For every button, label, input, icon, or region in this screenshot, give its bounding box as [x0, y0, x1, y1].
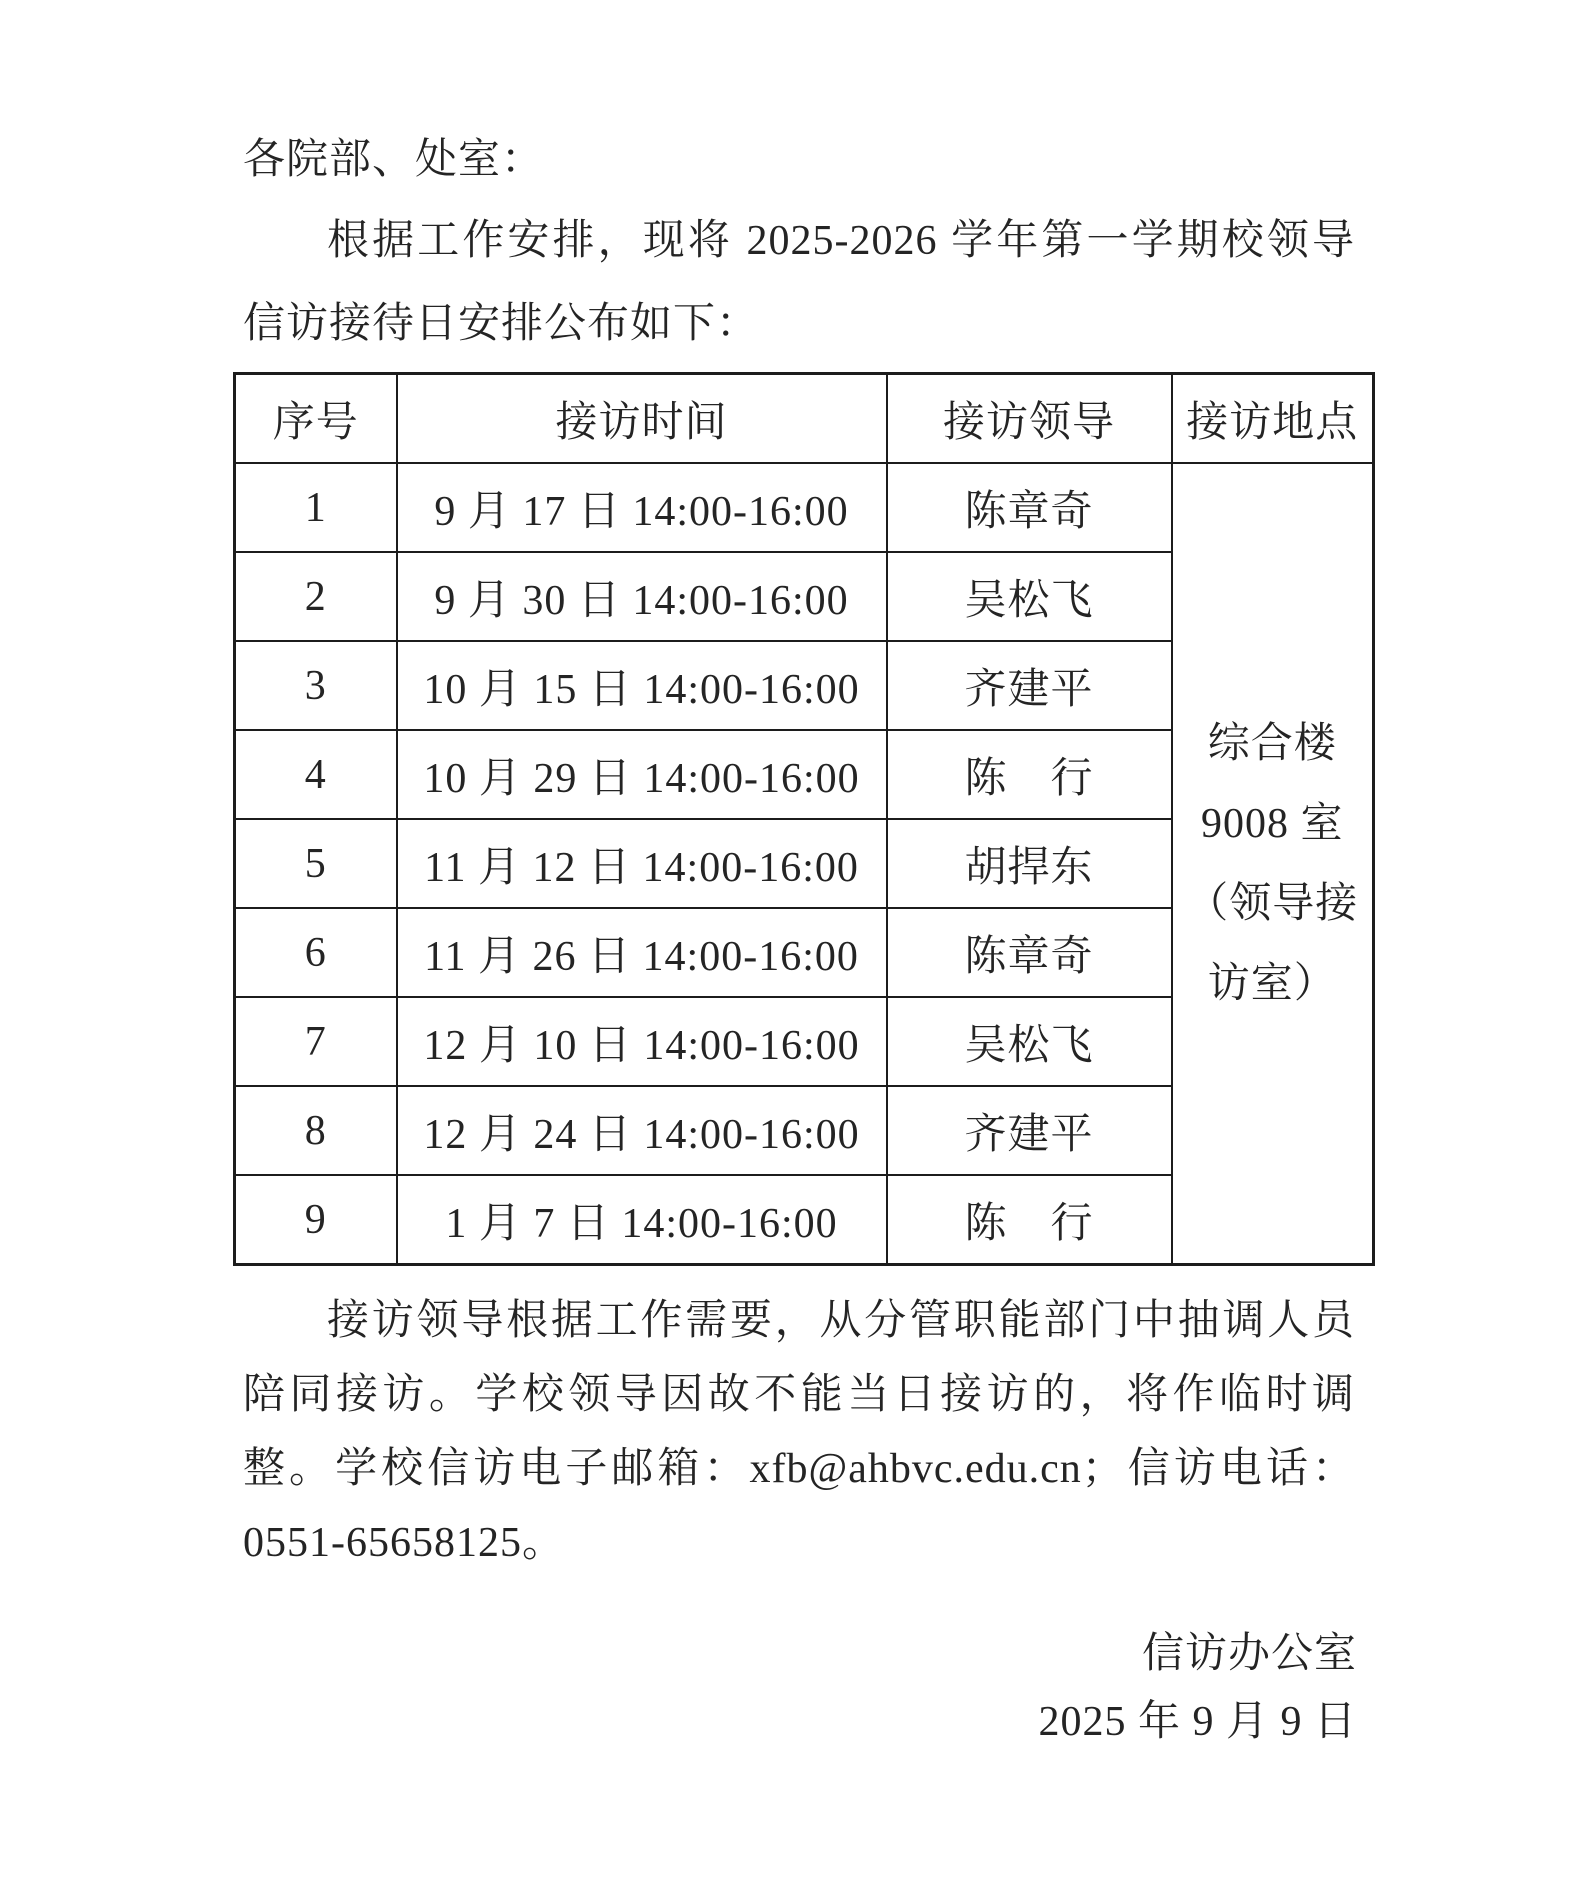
- header-cell-leader: 接访领导: [887, 374, 1172, 464]
- cell-time: 9 月 17 日 14:00-16:00: [397, 463, 887, 552]
- salutation-line: 各院部、处室：: [243, 120, 1355, 200]
- cell-time: 12 月 10 日 14:00-16:00: [397, 997, 887, 1086]
- cell-serial: 4: [235, 730, 397, 819]
- cell-leader: 吴松飞: [887, 552, 1172, 641]
- cell-time: 10 月 29 日 14:00-16:00: [397, 730, 887, 819]
- cell-serial: 7: [235, 997, 397, 1086]
- location-merged-cell: 综合楼 9008 室（领导接访室）: [1172, 463, 1374, 1265]
- intro-paragraph: 根据工作安排，现将 2025-2026 学年第一学期校领导信访接待日安排公布如下…: [243, 200, 1355, 366]
- header-cell-time: 接访时间: [397, 374, 887, 464]
- header-cell-location: 接访地点: [1172, 374, 1374, 464]
- signature-date: 2025 年 9 月 9 日: [243, 1688, 1357, 1756]
- cell-time: 1 月 7 日 14:00-16:00: [397, 1175, 887, 1265]
- cell-leader: 齐建平: [887, 1086, 1172, 1175]
- cell-time: 11 月 26 日 14:00-16:00: [397, 908, 887, 997]
- cell-leader: 陈 行: [887, 730, 1172, 819]
- cell-leader: 陈章奇: [887, 908, 1172, 997]
- cell-time: 10 月 15 日 14:00-16:00: [397, 641, 887, 730]
- cell-leader: 陈 行: [887, 1175, 1172, 1265]
- cell-serial: 8: [235, 1086, 397, 1175]
- cell-time: 12 月 24 日 14:00-16:00: [397, 1086, 887, 1175]
- cell-serial: 3: [235, 641, 397, 730]
- cell-leader: 齐建平: [887, 641, 1172, 730]
- cell-leader: 胡捍东: [887, 819, 1172, 908]
- cell-serial: 2: [235, 552, 397, 641]
- closing-paragraph: 接访领导根据工作需要，从分管职能部门中抽调人员陪同接访。学校领导因故不能当日接访…: [243, 1284, 1355, 1580]
- cell-time: 9 月 30 日 14:00-16:00: [397, 552, 887, 641]
- cell-serial: 9: [235, 1175, 397, 1265]
- signature-name: 信访办公室: [243, 1620, 1357, 1688]
- cell-time: 11 月 12 日 14:00-16:00: [397, 819, 887, 908]
- cell-leader: 陈章奇: [887, 463, 1172, 552]
- cell-leader: 吴松飞: [887, 997, 1172, 1086]
- table-row: 1 9 月 17 日 14:00-16:00 陈章奇 综合楼 9008 室（领导…: [235, 463, 1374, 552]
- cell-serial: 5: [235, 819, 397, 908]
- cell-serial: 1: [235, 463, 397, 552]
- table-header-row: 序号 接访时间 接访领导 接访地点: [235, 374, 1374, 464]
- header-cell-serial: 序号: [235, 374, 397, 464]
- notice-document: 各院部、处室： 根据工作安排，现将 2025-2026 学年第一学期校领导信访接…: [0, 0, 1586, 1879]
- reception-schedule-table: 序号 接访时间 接访领导 接访地点 1 9 月 17 日 14:00-16:00…: [233, 372, 1375, 1266]
- signature-block: 信访办公室 2025 年 9 月 9 日: [243, 1620, 1357, 1756]
- cell-serial: 6: [235, 908, 397, 997]
